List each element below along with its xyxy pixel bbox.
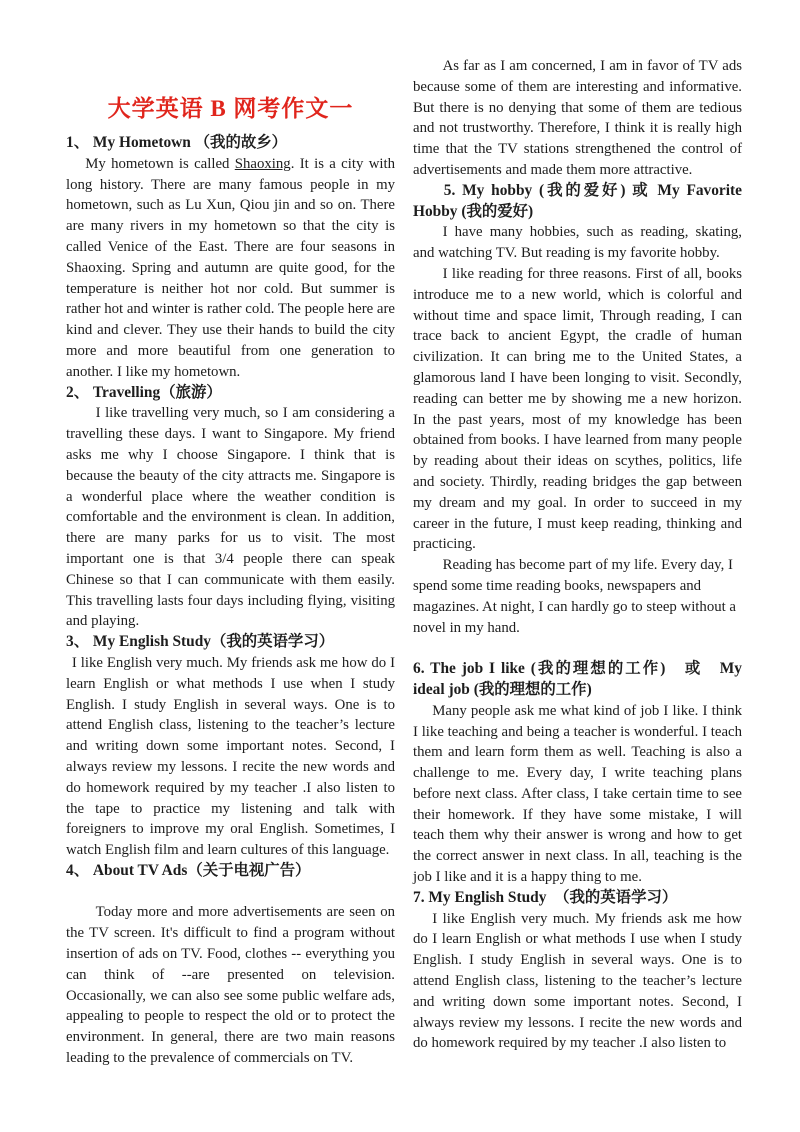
right-column: As far as I am concerned, I am in favor … bbox=[413, 56, 742, 1054]
section-4-paragraph: Today more and more advertisements are s… bbox=[66, 902, 395, 1068]
section-5-paragraph-2: I like reading for three reasons. First … bbox=[413, 264, 742, 555]
section-4-about-tv-ads: 4、 About TV Ads（关于电视广告） Today more and m… bbox=[66, 861, 395, 1069]
blank-line bbox=[66, 882, 395, 903]
document-page: 大学英语 B 网考作文一 1、 My Hometown （我的故乡） My ho… bbox=[0, 0, 800, 1132]
section-3-my-english-study: 3、 My English Study（我的英语学习） I like Engli… bbox=[66, 632, 395, 861]
page-title: 大学英语 B 网考作文一 bbox=[66, 94, 395, 124]
section-5-paragraph-3: Reading has become part of my life. Ever… bbox=[413, 555, 742, 638]
section-1-heading: 1、 My Hometown （我的故乡） bbox=[66, 133, 395, 154]
section-2-paragraph: I like travelling very much, so I am con… bbox=[66, 403, 395, 632]
section-7-heading: 7. My English Study （我的英语学习） bbox=[413, 888, 742, 909]
section-6-the-job-i-like: 6. The job I like (我的理想的工作) 或 My ideal j… bbox=[413, 659, 742, 888]
section-3-paragraph: I like English very much. My friends ask… bbox=[66, 653, 395, 861]
underlined-word: Shaoxing bbox=[235, 156, 291, 172]
section-6-paragraph: Many people ask me what kind of job I li… bbox=[413, 701, 742, 888]
section-7-my-english-study: 7. My English Study （我的英语学习） I like Engl… bbox=[413, 888, 742, 1054]
section-1-paragraph: My hometown is called Shaoxing. It is a … bbox=[66, 154, 395, 383]
section-2-travelling: 2、 Travelling（旅游） I like travelling very… bbox=[66, 383, 395, 633]
section-5-paragraph-1: I have many hobbies, such as reading, sk… bbox=[413, 222, 742, 264]
left-column: 大学英语 B 网考作文一 1、 My Hometown （我的故乡） My ho… bbox=[66, 56, 395, 1069]
section-1-my-hometown: 1、 My Hometown （我的故乡） My hometown is cal… bbox=[66, 133, 395, 383]
section-7-paragraph: I like English very much. My friends ask… bbox=[413, 909, 742, 1055]
section-2-heading: 2、 Travelling（旅游） bbox=[66, 383, 395, 404]
paragraph-text: My hometown is called bbox=[85, 156, 235, 172]
section-6-heading: 6. The job I like (我的理想的工作) 或 My ideal j… bbox=[413, 659, 742, 701]
section-3-heading: 3、 My English Study（我的英语学习） bbox=[66, 632, 395, 653]
section-5-heading: 5. My hobby (我的爱好) 或 My Favorite Hobby (… bbox=[413, 181, 742, 223]
paragraph-text: . It is a city with long history. There … bbox=[66, 156, 395, 380]
section-4-continuation-paragraph: As far as I am concerned, I am in favor … bbox=[413, 56, 742, 181]
section-5-my-hobby: 5. My hobby (我的爱好) 或 My Favorite Hobby (… bbox=[413, 181, 742, 639]
blank-line bbox=[413, 638, 742, 659]
section-4-heading: 4、 About TV Ads（关于电视广告） bbox=[66, 861, 395, 882]
